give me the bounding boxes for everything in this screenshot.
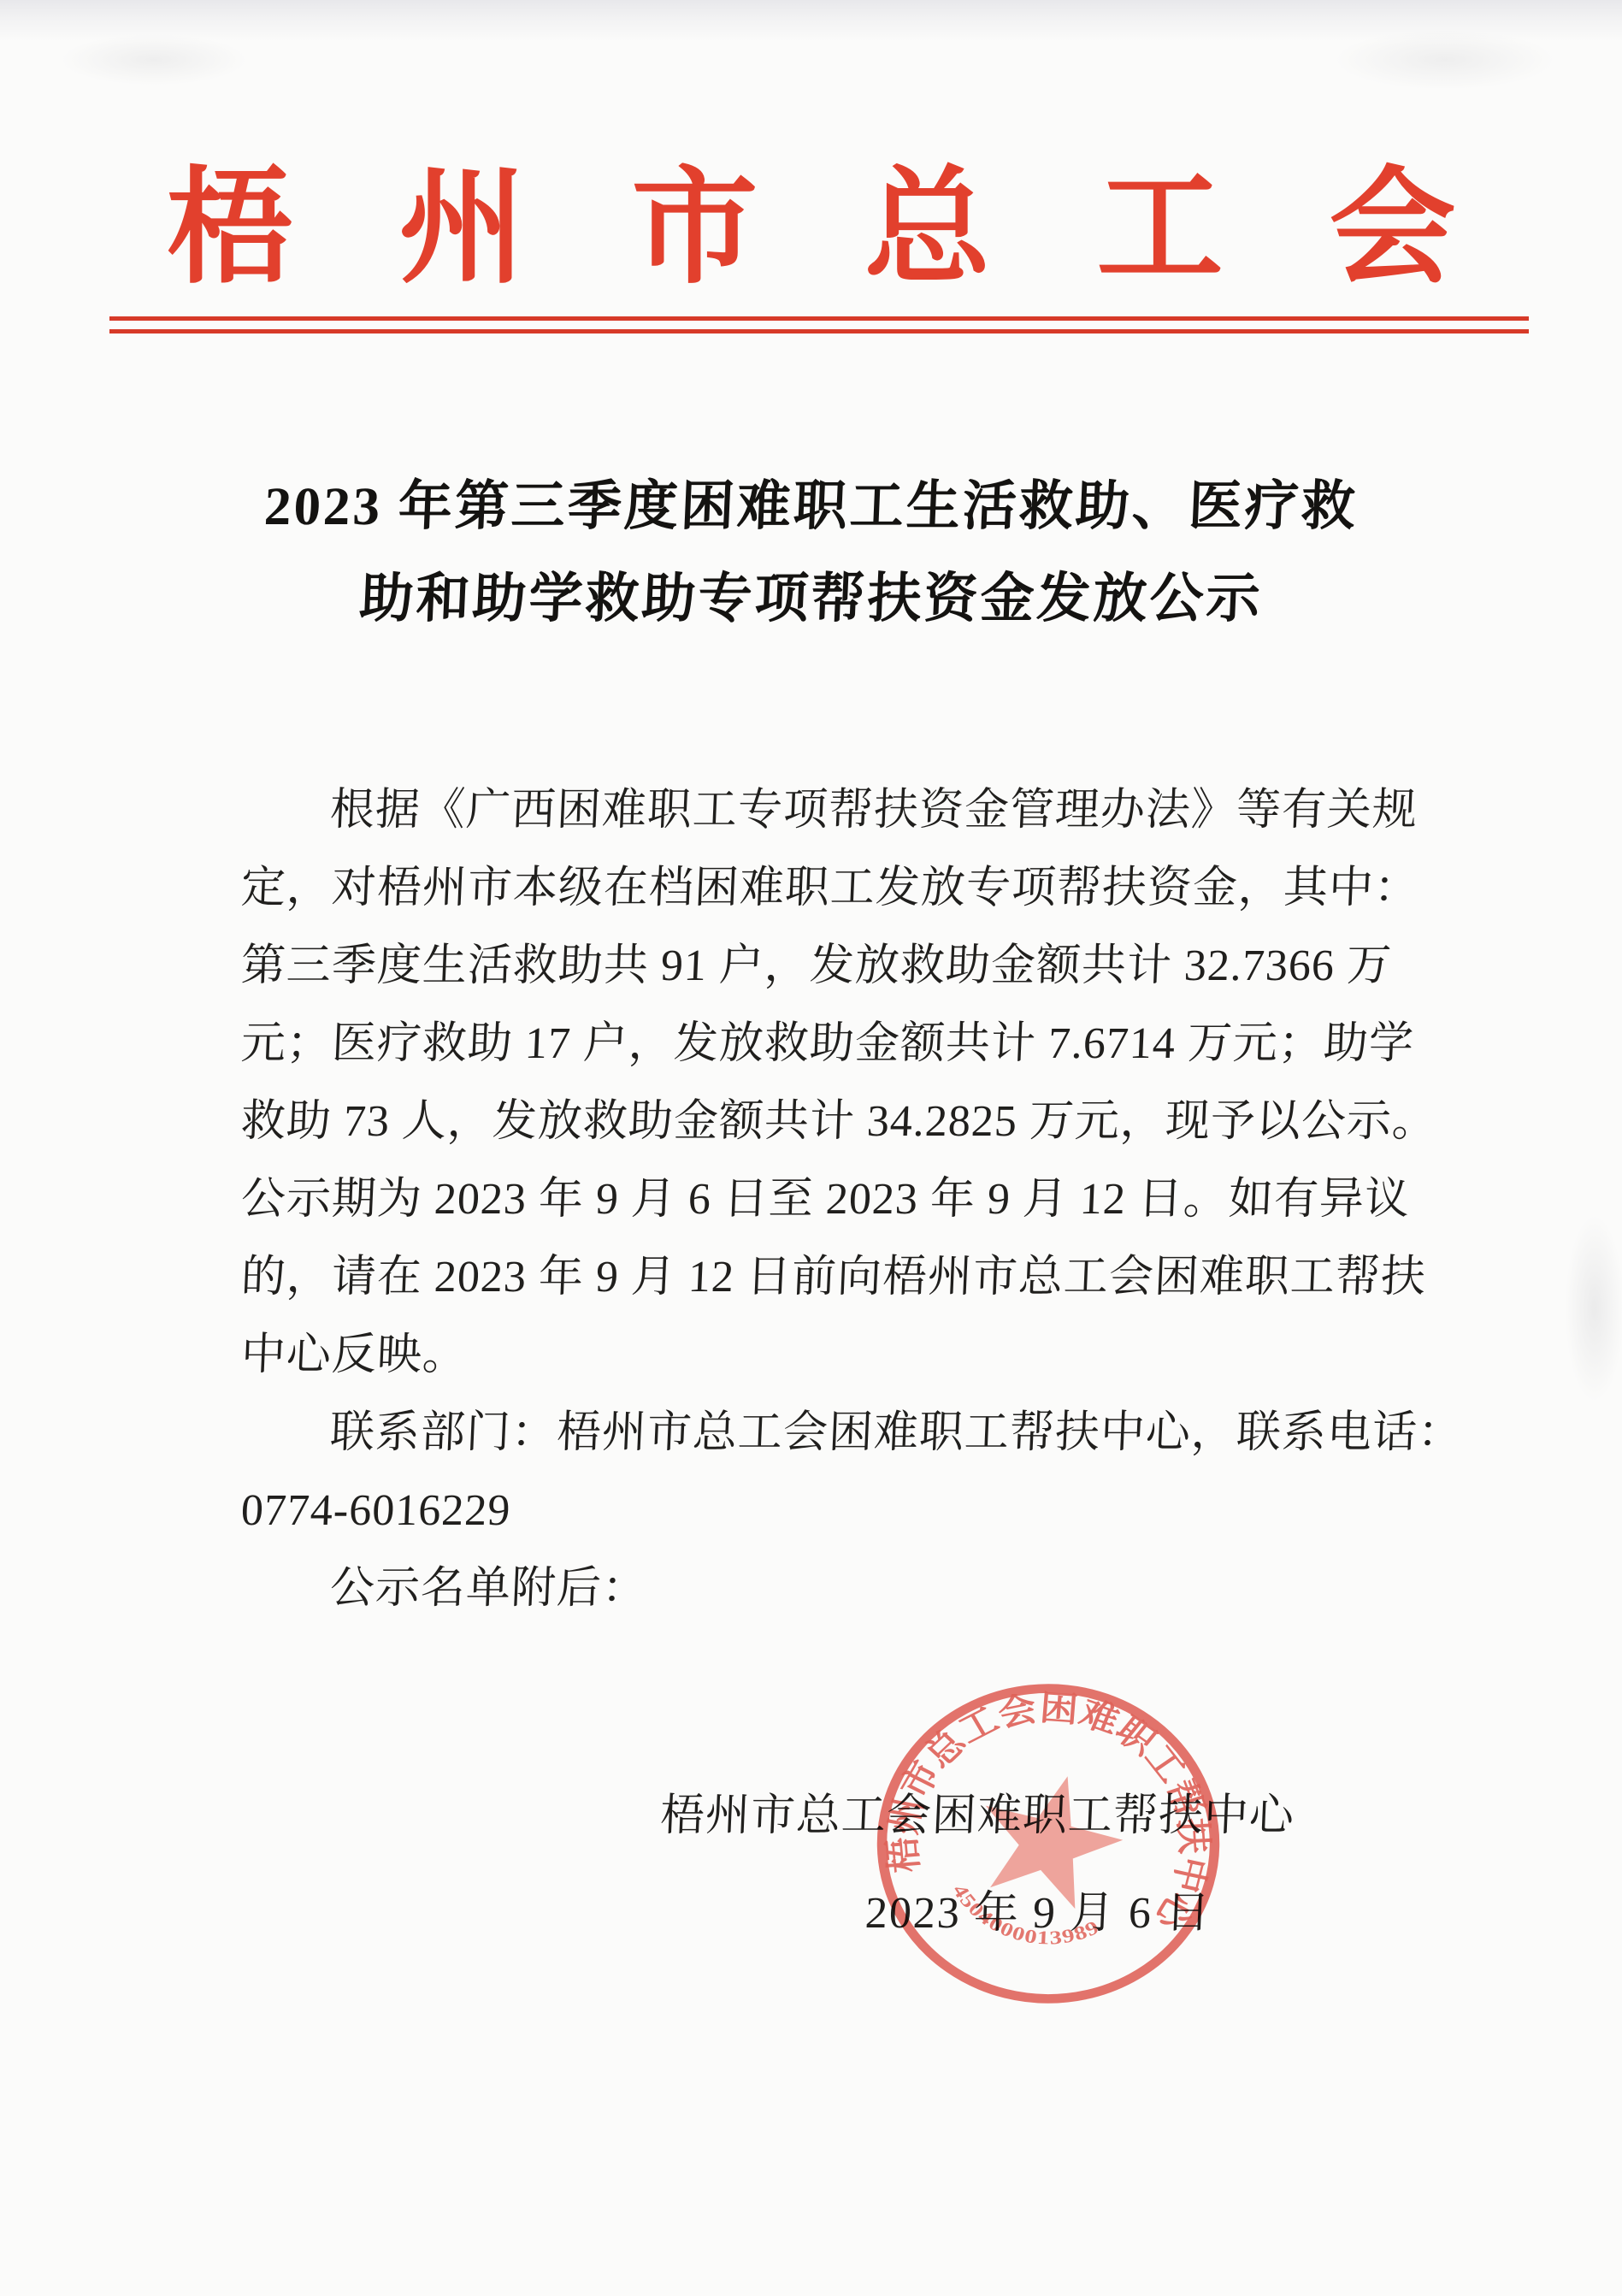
- official-stamp-seal: 梧州市总工会困难职工帮扶中心 4504000013989: [870, 1678, 1226, 2010]
- letterhead-org-name: 梧州市总工会: [0, 166, 1622, 292]
- document-title-line-2: 助和助学救助专项帮扶资金发放公示: [0, 552, 1622, 645]
- document-title-line-1: 2023 年第三季度困难职工生活救助、医疗救: [0, 460, 1622, 552]
- scan-edge-shade: [0, 0, 1622, 41]
- document-title: 2023 年第三季度困难职工生活救助、医疗救 助和助学救助专项帮扶资金发放公示: [0, 460, 1622, 645]
- body-line: 第三季度生活救助共 91 户，发放救助金额共计 32.7366 万: [239, 927, 1419, 1005]
- contact-phone-line: 0774-6016229: [239, 1472, 1419, 1549]
- body-line: 元；医疗救助 17 户，发放救助金额共计 7.6714 万元；助学: [239, 1005, 1419, 1083]
- body-line: 联系部门：梧州市总工会困难职工帮扶中心，联系电话：: [239, 1394, 1419, 1472]
- stamp-code: 4504000013989: [938, 1877, 1109, 1964]
- red-divider-top: [109, 316, 1529, 321]
- body-line: 的，请在 2023 年 9 月 12 日前向梧州市总工会困难职工帮扶: [239, 1238, 1419, 1316]
- body-line: 根据《广西困难职工专项帮扶资金管理办法》等有关规: [239, 771, 1419, 849]
- scan-smudge: [60, 34, 248, 86]
- scanned-document-page: 梧州市总工会 2023 年第三季度困难职工生活救助、医疗救 助和助学救助专项帮扶…: [0, 0, 1622, 2296]
- stamp-code-text: 4504000013989: [938, 1877, 1109, 1964]
- body-line: 定，对梧州市本级在档困难职工发放专项帮扶资金，其中：: [239, 849, 1419, 927]
- body-text: 根据《广西困难职工专项帮扶资金管理办法》等有关规 定，对梧州市本级在档困难职工发…: [241, 771, 1418, 1627]
- scan-smudge: [1565, 1214, 1622, 1402]
- body-line: 救助 73 人，发放救助金额共计 34.2825 万元，现予以公示。: [239, 1083, 1419, 1160]
- body-line: 公示名单附后：: [239, 1549, 1419, 1627]
- red-divider-bottom: [109, 329, 1529, 333]
- body-line: 中心反映。: [239, 1316, 1419, 1394]
- stamp-star-icon: [964, 1759, 1135, 1915]
- body-line: 公示期为 2023 年 9 月 6 日至 2023 年 9 月 12 日。如有异…: [239, 1160, 1419, 1238]
